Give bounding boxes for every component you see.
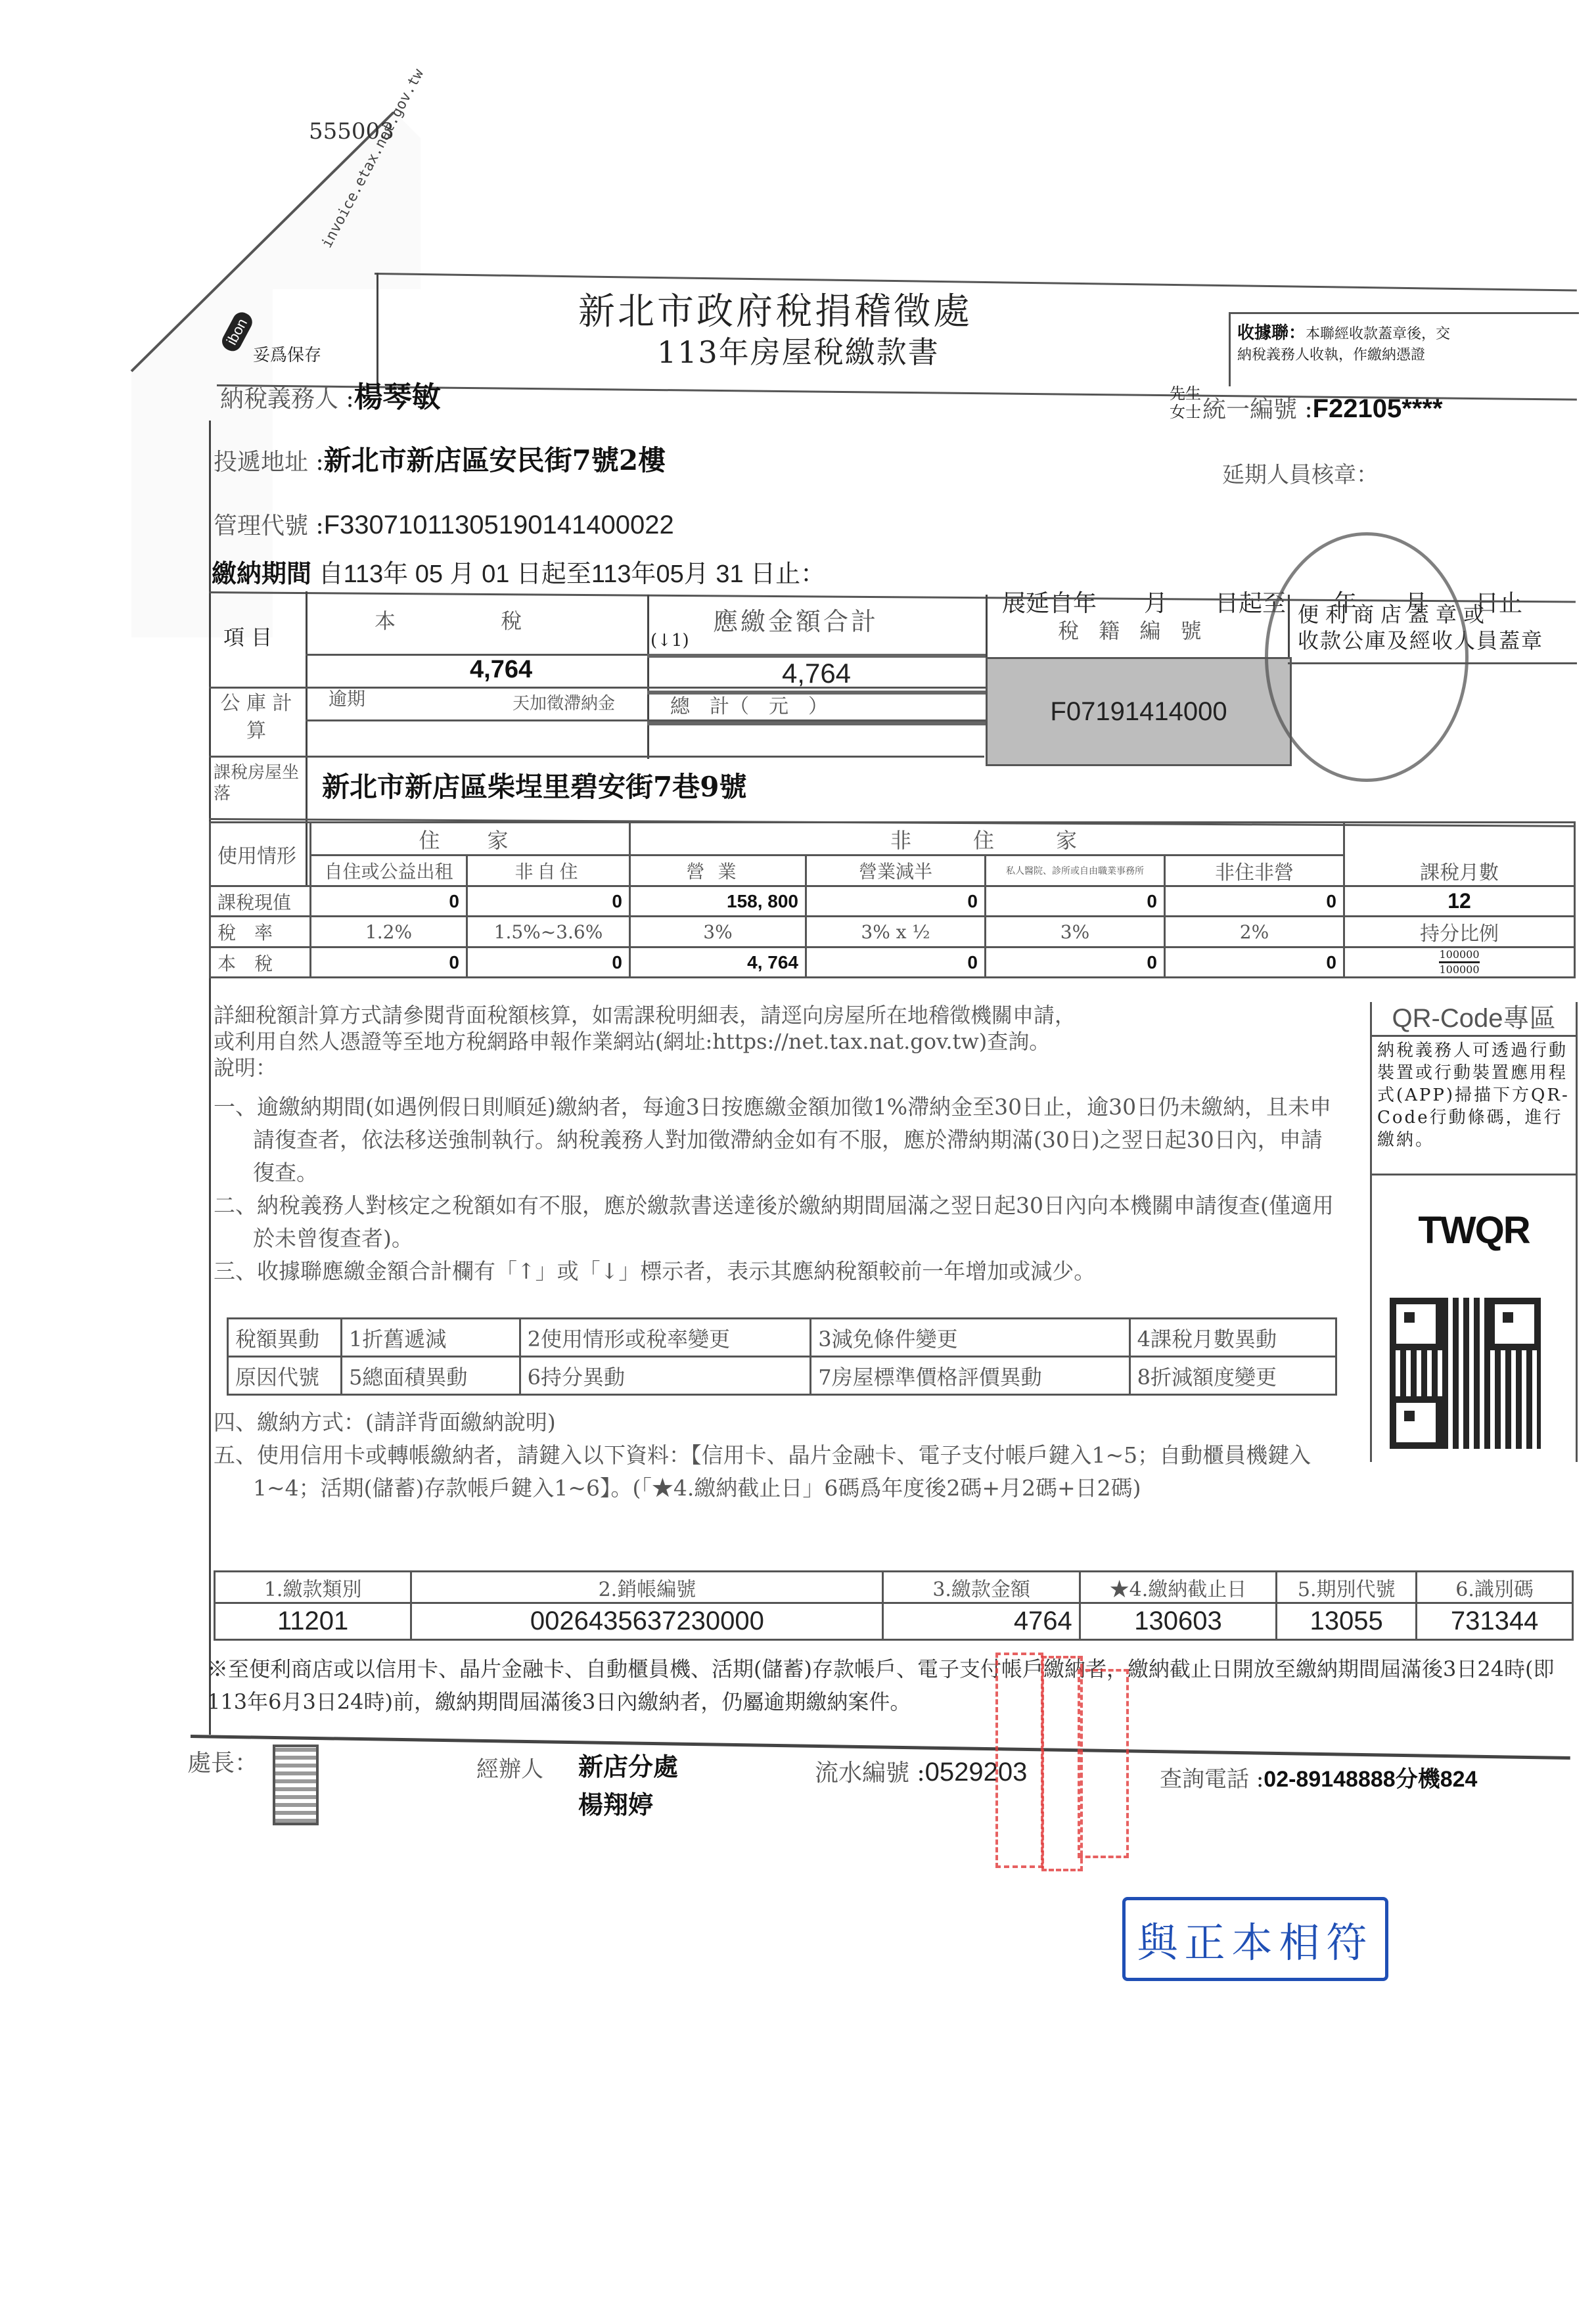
payment-account: 0026435637230000	[411, 1603, 883, 1640]
phone-value: 02-89148888分機824	[1264, 1767, 1477, 1792]
base-tax-label: 本 稅	[375, 605, 522, 635]
note-item-3: 三、收據聯應繳金額合計欄有「↑」或「↓」標示者，表示其應納稅額較前一年增加或減少…	[214, 1255, 1344, 1288]
handler-name: 楊翔婷	[578, 1786, 678, 1824]
grand-total-label: 總 計（ 元 ）	[670, 690, 828, 719]
extension-label: 展延自	[1002, 589, 1073, 616]
title-ms: 女士	[1170, 403, 1201, 421]
note-item-5: 五、使用信用卡或轉帳繳納者，請鍵入以下資料：【信用卡、晶片金融卡、電子支付帳戶鍵…	[214, 1439, 1344, 1505]
extension-stamp-label: 延期人員核章：	[1222, 457, 1379, 489]
title-left-border	[376, 273, 378, 384]
handler-office: 新店分處	[578, 1748, 678, 1786]
director-label: 處長：	[187, 1745, 258, 1778]
detail-notes: 詳細稅額計算方式請參閱背面稅額核算，如需課稅明細表，請逕向房屋所在地稽徵機關申請…	[214, 1002, 1357, 1081]
payment-check-code: 731344	[1417, 1603, 1573, 1640]
change-codes-table: 稅額異動 1折舊遞減 2使用情形或稅率變更 3減免條件變更 4課稅月數異動 原因…	[227, 1317, 1337, 1396]
mgmt-row: 管理代號 :F33071011305190141400022	[214, 507, 674, 541]
note-item-4: 四、繳納方式：(請詳背面繳納說明)	[214, 1406, 1344, 1439]
period-label: 繳納期間	[212, 560, 311, 588]
col-other: 非住非營	[1165, 856, 1344, 886]
payment-amount: 4764	[883, 1603, 1080, 1640]
period-row: 繳納期間 自113年 05 月 01 日起至113年05月 31 日止：	[212, 553, 825, 589]
payment-instructions: 四、繳納方式：(請詳背面繳納說明) 五、使用信用卡或轉帳繳納者，請鍵入以下資料：…	[214, 1406, 1344, 1505]
base-tax-value: 4,764	[470, 656, 532, 684]
id-value: F22105****	[1313, 394, 1443, 423]
cell: 158, 800	[630, 886, 806, 917]
keep-safe-text: 妥爲保存	[253, 342, 321, 366]
payment-period-code: 13055	[1277, 1603, 1417, 1640]
fold-barcode-number: 555003	[309, 118, 394, 145]
share-fraction: 100000 100000	[1344, 947, 1575, 978]
receipt-note-2: 納稅義務人收執，作繳納憑證	[1237, 347, 1425, 363]
explanation-list: 一、逾繳納期間(如遇例假日則順延)繳納者，每逾3日按應繳金額加徵1%滯納金至30…	[214, 1091, 1344, 1288]
overdue-label: 逾期	[329, 685, 365, 711]
id-row: 統一編號 :F22105****	[1202, 391, 1443, 424]
location-label: 課稅房屋坐落	[214, 762, 299, 804]
red-seal-mid	[1041, 1656, 1083, 1871]
red-seal-left	[995, 1653, 1043, 1868]
months-value: 12	[1344, 886, 1575, 917]
tax-id-box: F07191414000	[986, 657, 1292, 766]
grand-total-box-border	[647, 721, 986, 725]
delivery-row: 投遞地址 :新北市新店區安民街7號2樓	[214, 439, 666, 478]
note-item-1: 一、逾繳納期間(如遇例假日則順延)繳納者，每逾3日按應繳金額加徵1%滯納金至30…	[214, 1091, 1344, 1189]
handler-label: 經辦人	[476, 1751, 543, 1783]
cell: 0	[311, 947, 467, 978]
late-fee-label: 天加徵滯納金	[513, 690, 615, 714]
cell: 0	[1165, 886, 1344, 917]
taxpayer-row: 納稅義務人 :楊琴敏	[220, 373, 441, 415]
total-label: 應繳金額合計	[713, 601, 878, 637]
receipt-note-1: 本聯經收款蓋章後，交	[1306, 326, 1450, 342]
residential-group: 住 家	[311, 823, 630, 856]
row-label-value: 課稅現值	[210, 886, 311, 917]
cell: 3% x ½	[806, 917, 986, 947]
col-non-self: 非自住	[467, 856, 630, 886]
tax-id-value: F07191414000	[988, 659, 1290, 764]
table-row: 課稅現值 0 0 158, 800 0 0 0 12	[210, 886, 1575, 917]
table-row: 11201 0026435637230000 4764 130603 13055…	[215, 1603, 1573, 1640]
qr-panel-text: 納稅義務人可透過行動裝置或行動裝置應用程式(APP)掃描下方QR-Code行動條…	[1372, 1037, 1576, 1175]
location-top-border	[209, 756, 984, 758]
cell: 0	[986, 886, 1165, 917]
header-account: 2.銷帳編號	[411, 1572, 883, 1603]
cell: 0	[467, 886, 630, 917]
header-period-code: 5.期別代號	[1277, 1572, 1417, 1603]
usage-table: 使用情形 住 家 非 住 家 課稅月數 自住或公益出租 非自住 營業 營業減半 …	[209, 821, 1576, 978]
cell: 0	[467, 947, 630, 978]
note-item-2: 二、納稅義務人對核定之稅額如有不服，應於繳款書送達後於繳納期間屆滿之翌日起30日…	[214, 1189, 1344, 1255]
serial-label: 流水編號	[815, 1760, 909, 1787]
col-self-use: 自住或公益出租	[311, 856, 467, 886]
treasury-top-border	[209, 687, 986, 689]
header-category: 1.繳款類別	[215, 1572, 411, 1603]
title-mr: 先生	[1170, 384, 1201, 403]
cell: 1.2%	[311, 917, 467, 947]
detail-line-1: 詳細稅額計算方式請參閱背面稅額核算，如需課稅明細表，請逕向房屋所在地稽徵機關申請…	[214, 1002, 1357, 1028]
qr-panel-title: QR-Code專區	[1372, 1002, 1576, 1037]
change-code: 8折減額度變更	[1129, 1357, 1336, 1395]
cell: 0	[806, 886, 986, 917]
header-deadline: ★4.繳納截止日	[1080, 1572, 1276, 1603]
mgmt-code: F33071011305190141400022	[324, 511, 674, 539]
change-code: 5總面積異動	[342, 1357, 520, 1395]
col-clinic: 私人醫院、診所或自由職業事務所	[986, 856, 1165, 886]
header-check-code: 6.識別碼	[1417, 1572, 1573, 1603]
col-business: 營業	[630, 856, 806, 886]
table-row: 本 稅 0 0 4, 764 0 0 0 100000 100000	[210, 947, 1575, 978]
handler-block: 新店分處 楊翔婷	[578, 1748, 678, 1824]
period-text: 自113年 05 月 01 日起至113年05月 31 日止：	[319, 560, 826, 588]
change-code: 7房屋標準價格評價異動	[811, 1357, 1129, 1395]
bank-postmark-stamp	[1265, 532, 1469, 782]
mgmt-label: 管理代號	[214, 513, 308, 539]
id-label: 統一編號	[1202, 396, 1297, 423]
treasury-label: 公 庫 計 算	[220, 690, 292, 745]
taxpayer-label: 納稅義務人	[220, 386, 338, 413]
director-seal	[273, 1745, 319, 1825]
share-label: 持分比例	[1344, 917, 1575, 947]
footnote: ※至便利商店或以信用卡、晶片金融卡、自動櫃員機、活期(儲蓄)存款帳戶、電子支付帳…	[207, 1653, 1567, 1718]
cell: 0	[1165, 947, 1344, 978]
title-options: 先生 女士	[1170, 384, 1201, 421]
change-code: 4課稅月數異動	[1129, 1319, 1336, 1357]
table-row: 稅 率 1.2% 1.5%~3.6% 3% 3% x ½ 3% 2% 持分比例	[210, 917, 1575, 947]
change-code: 2使用情形或稅率變更	[520, 1319, 811, 1357]
twqr-logo: TWQR	[1372, 1208, 1576, 1252]
cell: 2%	[1165, 917, 1344, 947]
change-code: 6持分異動	[520, 1357, 811, 1395]
receipt-label: 收據聯：	[1237, 323, 1306, 343]
agency-name: 新北市政府稅捐稽徵處	[578, 283, 972, 335]
share-denominator: 100000	[1439, 963, 1479, 976]
form-title: 113年房屋稅繳款書	[657, 329, 940, 372]
cell: 4, 764	[630, 947, 806, 978]
taxpayer-name: 楊琴敏	[354, 380, 441, 414]
certified-copy-stamp: 與正本相符	[1122, 1897, 1388, 1981]
delivery-label: 投遞地址	[214, 449, 308, 476]
cell: 0	[311, 886, 467, 917]
payment-category: 11201	[215, 1603, 411, 1640]
tax-id-label: 稅 籍 編 號	[1058, 614, 1208, 645]
form-left-border	[209, 421, 211, 1735]
payment-table: 1.繳款類別 2.銷帳編號 3.繳款金額 ★4.繳納截止日 5.期別代號 6.識…	[214, 1570, 1574, 1641]
phone-row: 查詢電話 :02-89148888分機824	[1160, 1761, 1477, 1793]
red-seal-right	[1078, 1669, 1129, 1858]
months-label: 課稅月數	[1344, 823, 1575, 886]
qr-code-icon[interactable]	[1390, 1298, 1541, 1449]
change-marker: (↓1)	[650, 631, 689, 650]
cell: 0	[986, 947, 1165, 978]
cell: 3%	[986, 917, 1165, 947]
change-label-1: 稅額異動	[228, 1319, 342, 1357]
change-label-2: 原因代號	[228, 1357, 342, 1395]
receipt-box: 收據聯：本聯經收款蓋章後，交 納稅義務人收執，作繳納憑證	[1229, 312, 1579, 386]
explain-label: 說明：	[214, 1055, 1357, 1081]
row-label-tax: 本 稅	[210, 947, 311, 978]
change-code: 3減免條件變更	[811, 1319, 1129, 1357]
cell: 1.5%~3.6%	[467, 917, 630, 947]
share-numerator: 100000	[1439, 948, 1479, 963]
cell: 3%	[630, 917, 806, 947]
total-value: 4,764	[647, 658, 986, 689]
header-amount: 3.繳款金額	[883, 1572, 1080, 1603]
payment-deadline: 130603	[1080, 1603, 1276, 1640]
delivery-address: 新北市新店區安民街7號2樓	[324, 444, 666, 476]
phone-label: 查詢電話	[1160, 1766, 1249, 1792]
col-business-half: 營業減半	[806, 856, 986, 886]
nonresidential-group: 非 住 家	[630, 823, 1344, 856]
usage-label: 使用情形	[210, 823, 311, 886]
change-code: 1折舊遞減	[342, 1319, 520, 1357]
cell: 0	[806, 947, 986, 978]
location-value: 新北市新店區柴埕里碧安街7巷9號	[322, 765, 746, 805]
item-label: 項 目	[223, 621, 272, 651]
row-label-rate: 稅 率	[210, 917, 311, 947]
detail-line-2: 或利用自然人憑證等至地方稅網路申報作業網站(網址:https://net.tax…	[214, 1028, 1357, 1055]
